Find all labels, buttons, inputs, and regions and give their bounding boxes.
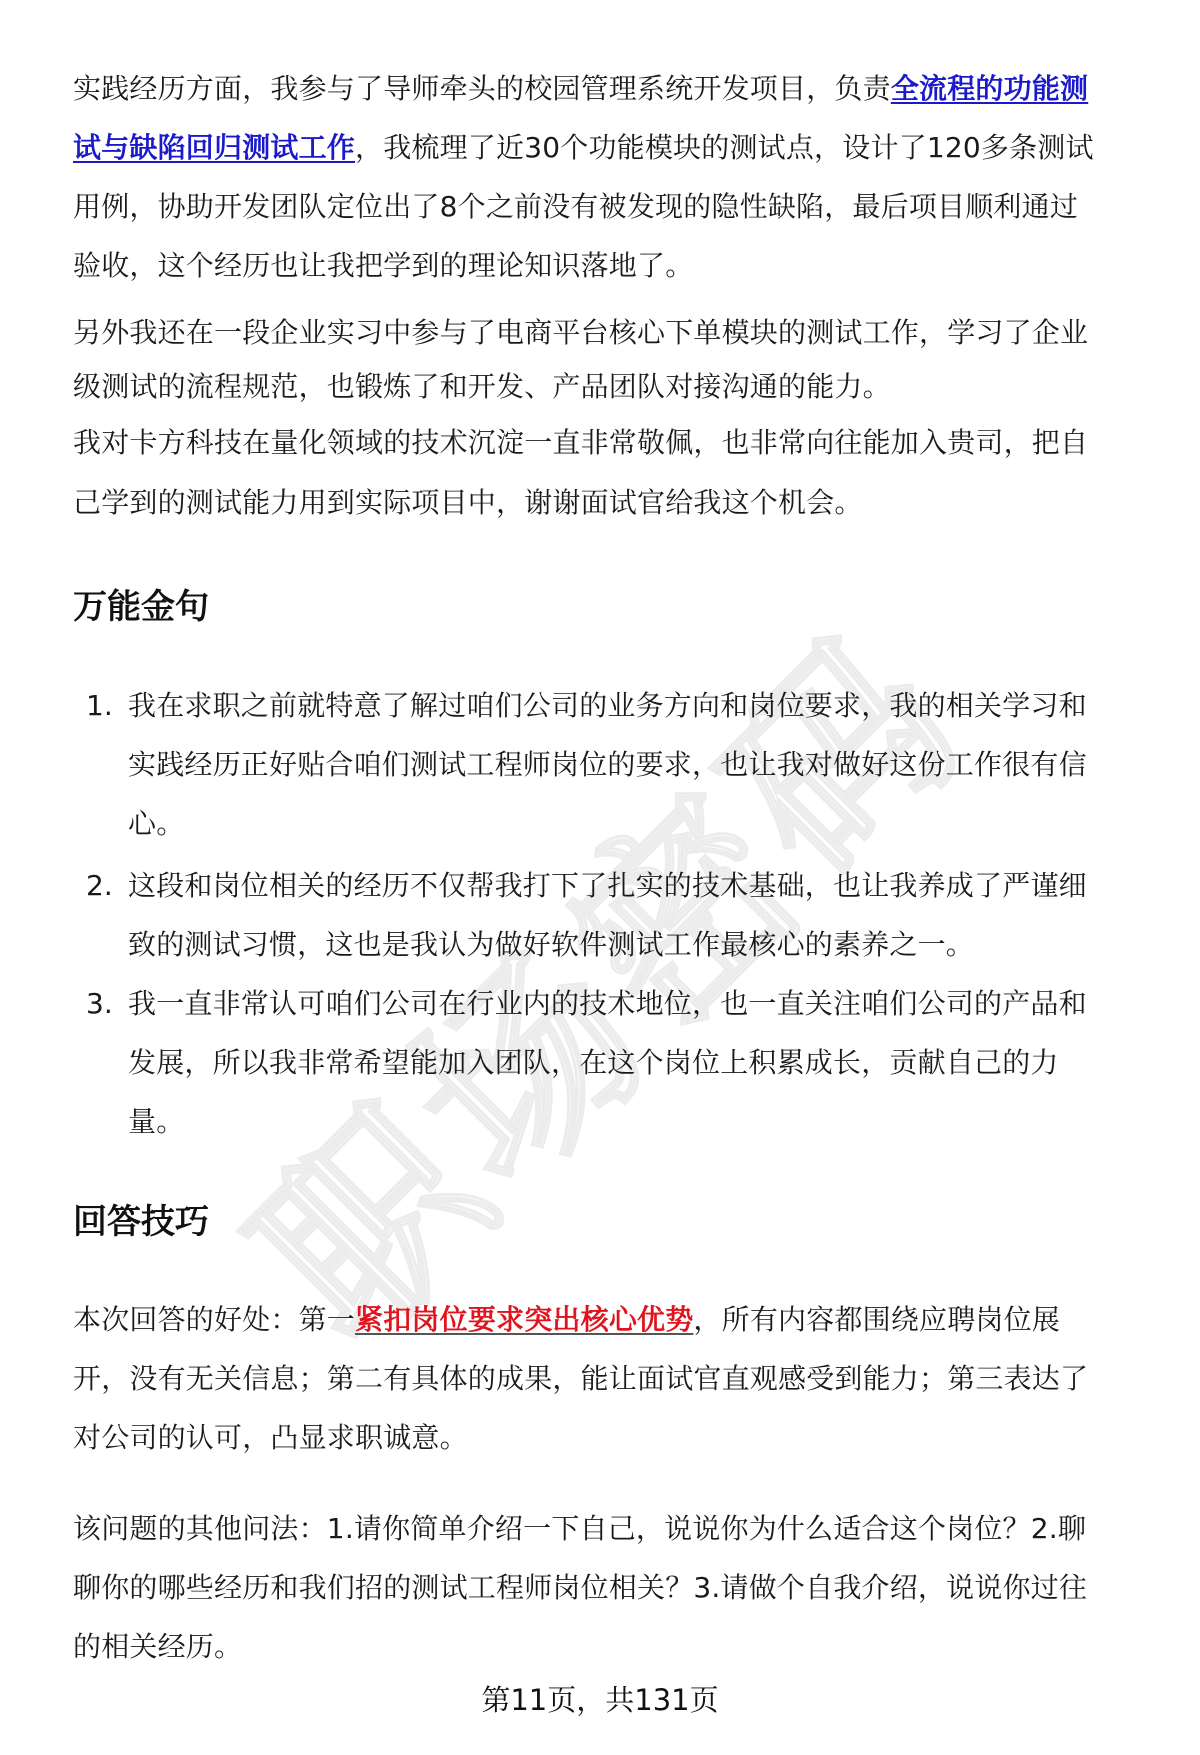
text: 本次回答的好处：第一 bbox=[73, 1303, 355, 1336]
page-number-footer: 第11页，共131页 bbox=[0, 1680, 1200, 1720]
paragraph-line: 试与缺陷回归测试工作，我梳理了近30个功能模块的测试点，设计了120多条测试 bbox=[73, 128, 1094, 168]
paragraph-line: 对公司的认可，凸显求职诚意。 bbox=[73, 1418, 468, 1458]
list-line: 发展，所以我非常希望能加入团队，在这个岗位上积累成长，贡献自己的力 bbox=[128, 1043, 1059, 1083]
paragraph-line: 用例，协助开发团队定位出了8个之前没有被发现的隐性缺陷，最后项目顺利通过 bbox=[73, 187, 1078, 227]
paragraph-line: 聊你的哪些经历和我们招的测试工程师岗位相关？3.请做个自我介绍，说说你过往 bbox=[73, 1568, 1087, 1608]
list-line: 心。 bbox=[128, 804, 184, 844]
paragraph-line: 另外我还在一段企业实习中参与了电商平台核心下单模块的测试工作，学习了企业 bbox=[73, 313, 1088, 353]
list-line: 实践经历正好贴合咱们测试工程师岗位的要求，也让我对做好这份工作很有信 bbox=[128, 745, 1087, 785]
paragraph-line: 的相关经历。 bbox=[73, 1627, 242, 1667]
section-heading-tips: 回答技巧 bbox=[73, 1200, 209, 1244]
list-line: 这段和岗位相关的经历不仅帮我打下了扎实的技术基础，也让我养成了严谨细 bbox=[128, 866, 1087, 906]
paragraph-line: 级测试的流程规范，也锻炼了和开发、产品团队对接沟通的能力。 bbox=[73, 367, 891, 407]
list-line: 致的测试习惯，这也是我认为做好软件测试工作最核心的素养之一。 bbox=[128, 925, 974, 965]
paragraph-line: 验收，这个经历也让我把学到的理论知识落地了。 bbox=[73, 246, 693, 286]
section-heading-golden: 万能金句 bbox=[73, 585, 209, 629]
list-line: 我在求职之前就特意了解过咱们公司的业务方向和岗位要求，我的相关学习和 bbox=[128, 686, 1087, 726]
watermark: 职场密码 bbox=[180, 558, 1016, 1394]
text: ，我梳理了近30个功能模块的测试点，设计了120多条测试 bbox=[355, 131, 1094, 164]
paragraph-line: 本次回答的好处：第一紧扣岗位要求突出核心优势，所有内容都围绕应聘岗位展 bbox=[73, 1300, 1060, 1340]
document-page: 职场密码 实践经历方面，我参与了导师牵头的校园管理系统开发项目，负责全流程的功能… bbox=[0, 0, 1200, 1755]
paragraph-line: 己学到的测试能力用到实际项目中，谢谢面试官给我这个机会。 bbox=[73, 483, 863, 523]
list-line: 我一直非常认可咱们公司在行业内的技术地位，也一直关注咱们公司的产品和 bbox=[128, 984, 1087, 1024]
highlight-blue: 全流程的功能测 bbox=[891, 72, 1088, 105]
list-line: 量。 bbox=[128, 1102, 184, 1142]
paragraph-line: 实践经历方面，我参与了导师牵头的校园管理系统开发项目，负责全流程的功能测 bbox=[73, 69, 1088, 109]
highlight-blue: 试与缺陷回归测试工作 bbox=[73, 131, 355, 164]
paragraph-line: 开，没有无关信息；第二有具体的成果，能让面试官直观感受到能力；第三表达了 bbox=[73, 1359, 1088, 1399]
text: ，所有内容都围绕应聘岗位展 bbox=[693, 1303, 1060, 1336]
highlight-red: 紧扣岗位要求突出核心优势 bbox=[355, 1303, 693, 1336]
list-number: 2. bbox=[86, 866, 113, 906]
text: 实践经历方面，我参与了导师牵头的校园管理系统开发项目，负责 bbox=[73, 72, 891, 105]
list-number: 3. bbox=[86, 984, 113, 1024]
list-number: 1. bbox=[86, 686, 113, 726]
paragraph-line: 我对卡方科技在量化领域的技术沉淀一直非常敬佩，也非常向往能加入贵司，把自 bbox=[73, 423, 1088, 463]
paragraph-line: 该问题的其他问法：1.请你简单介绍一下自己，说说你为什么适合这个岗位？2.聊 bbox=[73, 1509, 1086, 1549]
